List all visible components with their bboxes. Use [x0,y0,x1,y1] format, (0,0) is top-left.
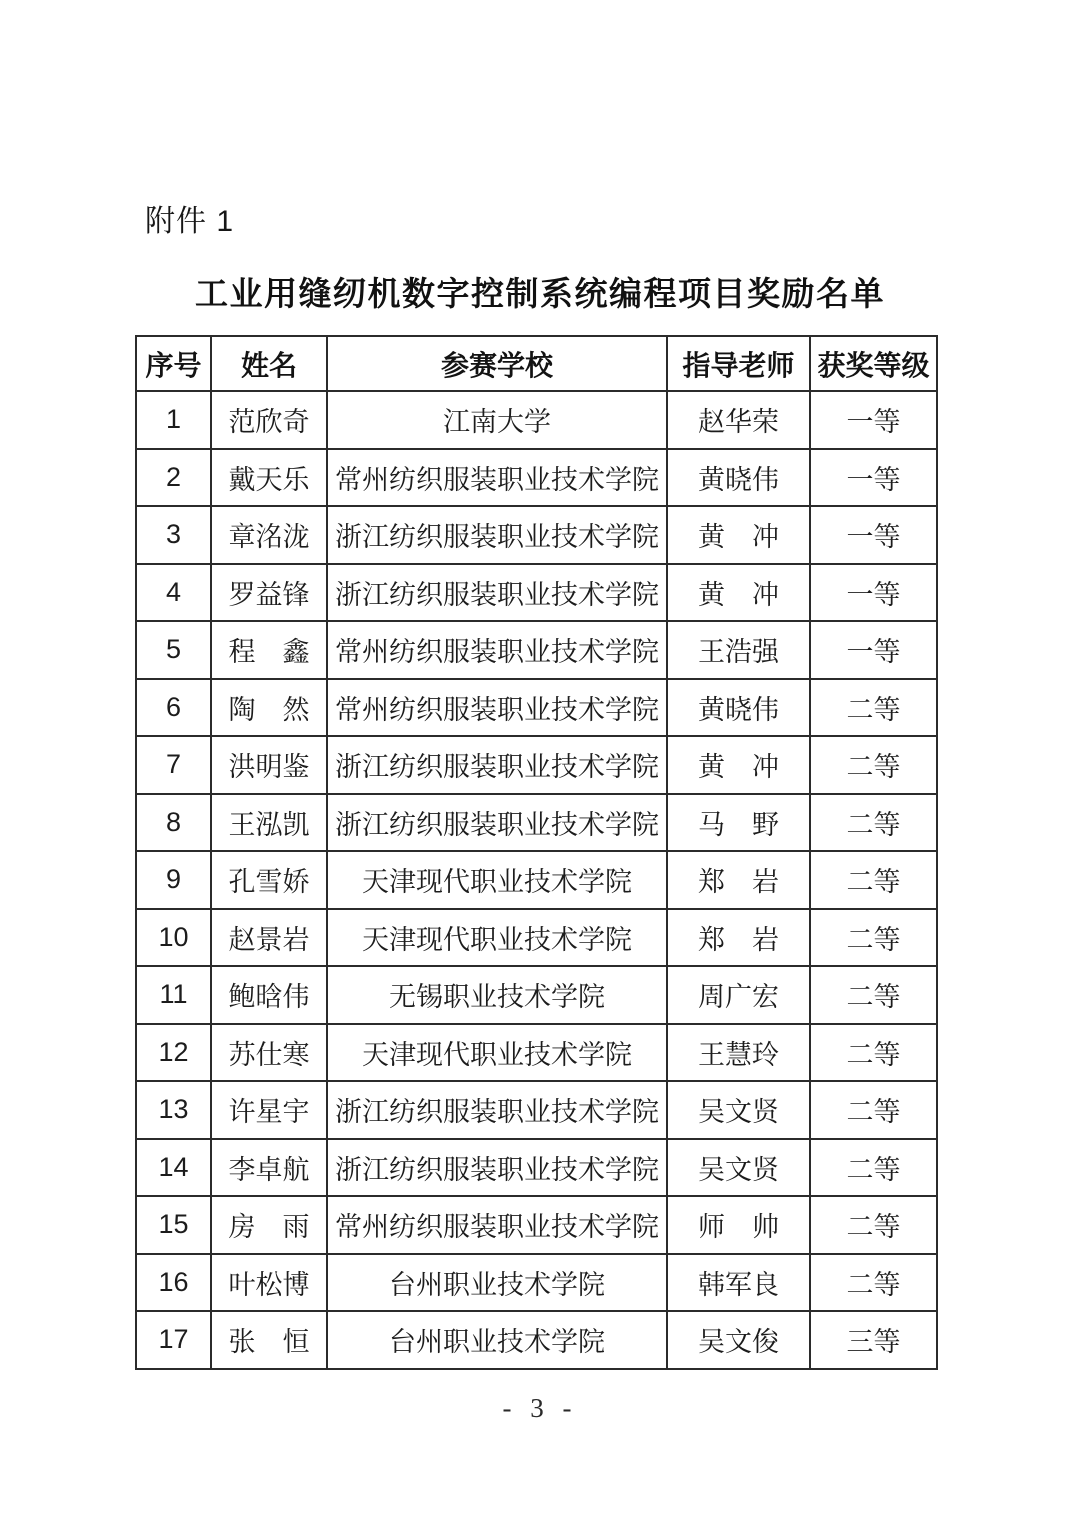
cell-teacher: 周广宏 [667,966,810,1024]
cell-award: 二等 [810,1196,937,1254]
page-number: - 3 - [0,1393,1080,1424]
cell-name: 戴天乐 [211,449,327,507]
cell-name: 赵景岩 [211,909,327,967]
cell-school: 江南大学 [327,391,667,449]
cell-award: 二等 [810,736,937,794]
cell-name: 叶松博 [211,1254,327,1312]
cell-teacher: 黄晓伟 [667,679,810,737]
document-page: 附件 1 工业用缝纫机数字控制系统编程项目奖励名单 序号 姓名 参赛学校 指导老… [0,0,1080,1527]
cell-index: 10 [136,909,211,967]
cell-index: 17 [136,1311,211,1369]
cell-school: 浙江纺织服装职业技术学院 [327,506,667,564]
cell-school: 无锡职业技术学院 [327,966,667,1024]
cell-school: 浙江纺织服装职业技术学院 [327,794,667,852]
cell-name: 房 雨 [211,1196,327,1254]
table-row: 15 房 雨 常州纺织服装职业技术学院 师 帅 二等 [136,1196,937,1254]
cell-teacher: 吴文俊 [667,1311,810,1369]
cell-award: 二等 [810,1024,937,1082]
cell-teacher: 郑 岩 [667,851,810,909]
cell-school: 浙江纺织服装职业技术学院 [327,1081,667,1139]
cell-school: 天津现代职业技术学院 [327,1024,667,1082]
header-school: 参赛学校 [327,336,667,391]
header-index: 序号 [136,336,211,391]
table-row: 2 戴天乐 常州纺织服装职业技术学院 黄晓伟 一等 [136,449,937,507]
cell-award: 一等 [810,391,937,449]
cell-name: 程 鑫 [211,621,327,679]
cell-award: 二等 [810,1254,937,1312]
cell-name: 罗益锋 [211,564,327,622]
table-row: 11 鲍晗伟 无锡职业技术学院 周广宏 二等 [136,966,937,1024]
cell-index: 7 [136,736,211,794]
cell-index: 9 [136,851,211,909]
table-row: 5 程 鑫 常州纺织服装职业技术学院 王浩强 一等 [136,621,937,679]
cell-index: 8 [136,794,211,852]
cell-name: 苏仕寒 [211,1024,327,1082]
cell-name: 陶 然 [211,679,327,737]
cell-index: 15 [136,1196,211,1254]
cell-teacher: 黄晓伟 [667,449,810,507]
table-header-row: 序号 姓名 参赛学校 指导老师 获奖等级 [136,336,937,391]
cell-index: 12 [136,1024,211,1082]
table-row: 13 许星宇 浙江纺织服装职业技术学院 吴文贤 二等 [136,1081,937,1139]
cell-teacher: 马 野 [667,794,810,852]
table-row: 4 罗益锋 浙江纺织服装职业技术学院 黄 冲 一等 [136,564,937,622]
cell-teacher: 师 帅 [667,1196,810,1254]
attachment-label: 附件 1 [145,196,234,240]
cell-school: 天津现代职业技术学院 [327,851,667,909]
cell-award: 一等 [810,621,937,679]
table-row: 3 章洺泷 浙江纺织服装职业技术学院 黄 冲 一等 [136,506,937,564]
cell-school: 浙江纺织服装职业技术学院 [327,736,667,794]
table-row: 8 王泓凯 浙江纺织服装职业技术学院 马 野 二等 [136,794,937,852]
cell-name: 李卓航 [211,1139,327,1197]
cell-award: 二等 [810,679,937,737]
cell-name: 章洺泷 [211,506,327,564]
cell-teacher: 吴文贤 [667,1081,810,1139]
table-row: 9 孔雪娇 天津现代职业技术学院 郑 岩 二等 [136,851,937,909]
header-name: 姓名 [211,336,327,391]
cell-award: 一等 [810,564,937,622]
cell-award: 一等 [810,506,937,564]
cell-teacher: 吴文贤 [667,1139,810,1197]
cell-name: 许星宇 [211,1081,327,1139]
page-title: 工业用缝纫机数字控制系统编程项目奖励名单 [0,268,1080,315]
cell-award: 二等 [810,851,937,909]
cell-name: 洪明鉴 [211,736,327,794]
cell-school: 浙江纺织服装职业技术学院 [327,1139,667,1197]
table-row: 12 苏仕寒 天津现代职业技术学院 王慧玲 二等 [136,1024,937,1082]
cell-school: 常州纺织服装职业技术学院 [327,449,667,507]
cell-school: 常州纺织服装职业技术学院 [327,1196,667,1254]
table-row: 16 叶松博 台州职业技术学院 韩军良 二等 [136,1254,937,1312]
cell-index: 3 [136,506,211,564]
cell-teacher: 郑 岩 [667,909,810,967]
cell-index: 2 [136,449,211,507]
table-row: 6 陶 然 常州纺织服装职业技术学院 黄晓伟 二等 [136,679,937,737]
table-row: 10 赵景岩 天津现代职业技术学院 郑 岩 二等 [136,909,937,967]
header-teacher: 指导老师 [667,336,810,391]
cell-teacher: 黄 冲 [667,564,810,622]
cell-name: 孔雪娇 [211,851,327,909]
cell-school: 台州职业技术学院 [327,1311,667,1369]
header-award: 获奖等级 [810,336,937,391]
cell-index: 11 [136,966,211,1024]
cell-index: 5 [136,621,211,679]
cell-award: 一等 [810,449,937,507]
cell-school: 常州纺织服装职业技术学院 [327,679,667,737]
cell-index: 4 [136,564,211,622]
cell-name: 王泓凯 [211,794,327,852]
table-row: 14 李卓航 浙江纺织服装职业技术学院 吴文贤 二等 [136,1139,937,1197]
cell-name: 范欣奇 [211,391,327,449]
cell-index: 1 [136,391,211,449]
cell-school: 台州职业技术学院 [327,1254,667,1312]
cell-school: 天津现代职业技术学院 [327,909,667,967]
cell-award: 二等 [810,794,937,852]
cell-index: 14 [136,1139,211,1197]
cell-index: 13 [136,1081,211,1139]
cell-award: 二等 [810,966,937,1024]
cell-award: 二等 [810,1139,937,1197]
table-row: 1 范欣奇 江南大学 赵华荣 一等 [136,391,937,449]
cell-teacher: 黄 冲 [667,506,810,564]
cell-index: 16 [136,1254,211,1312]
cell-school: 常州纺织服装职业技术学院 [327,621,667,679]
table-row: 7 洪明鉴 浙江纺织服装职业技术学院 黄 冲 二等 [136,736,937,794]
award-table: 序号 姓名 参赛学校 指导老师 获奖等级 1 范欣奇 江南大学 赵华荣 一等 2… [135,335,938,1370]
table-row: 17 张 恒 台州职业技术学院 吴文俊 三等 [136,1311,937,1369]
cell-school: 浙江纺织服装职业技术学院 [327,564,667,622]
cell-teacher: 王慧玲 [667,1024,810,1082]
cell-award: 二等 [810,1081,937,1139]
cell-teacher: 王浩强 [667,621,810,679]
award-table-body: 1 范欣奇 江南大学 赵华荣 一等 2 戴天乐 常州纺织服装职业技术学院 黄晓伟… [136,391,937,1369]
cell-name: 鲍晗伟 [211,966,327,1024]
cell-teacher: 黄 冲 [667,736,810,794]
cell-award: 三等 [810,1311,937,1369]
cell-name: 张 恒 [211,1311,327,1369]
cell-teacher: 韩军良 [667,1254,810,1312]
cell-teacher: 赵华荣 [667,391,810,449]
cell-index: 6 [136,679,211,737]
cell-award: 二等 [810,909,937,967]
